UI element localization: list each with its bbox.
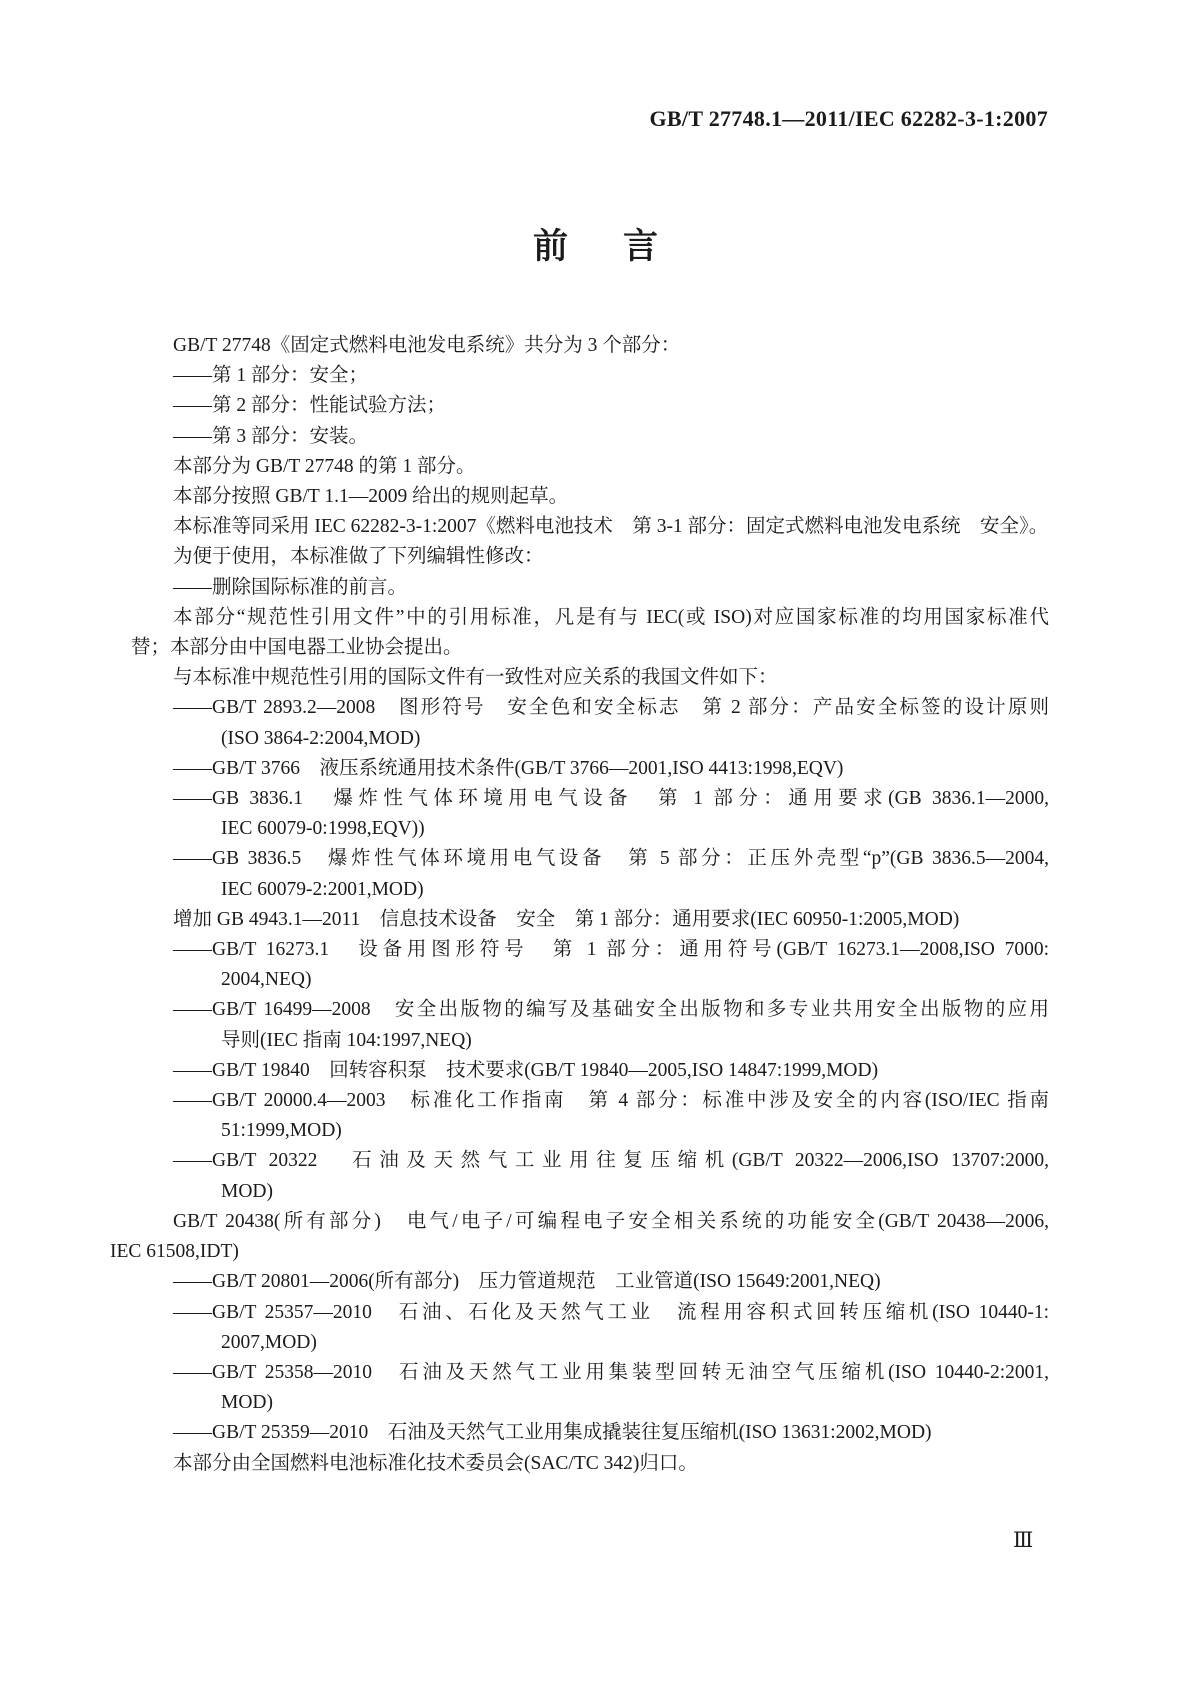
standard-code-header: GB/T 27748.1—2011/IEC 62282-3-1:2007 bbox=[650, 106, 1048, 132]
foreword-line: MOD) bbox=[131, 1177, 1049, 1207]
foreword-line: ——GB/T 16273.1 设备用图形符号 第 1 部分：通用符号(GB/T … bbox=[131, 935, 1049, 965]
foreword-line: ——GB/T 20801—2006(所有部分) 压力管道规范 工业管道(ISO … bbox=[131, 1267, 1049, 1297]
foreword-line: 2007,MOD) bbox=[131, 1328, 1049, 1358]
foreword-line: 为便于使用，本标准做了下列编辑性修改： bbox=[131, 542, 1049, 572]
foreword-line: ——GB/T 25357—2010 石油、石化及天然气工业 流程用容积式回转压缩… bbox=[131, 1298, 1049, 1328]
foreword-line: ——第 1 部分：安全； bbox=[131, 361, 1049, 391]
page-number: Ⅲ bbox=[1013, 1528, 1033, 1553]
foreword-line: 本标准等同采用 IEC 62282-3-1:2007《燃料电池技术 第 3-1 … bbox=[131, 512, 1049, 542]
foreword-line: ——GB/T 16499—2008 安全出版物的编写及基础安全出版物和多专业共用… bbox=[131, 995, 1049, 1025]
foreword-line: ——GB/T 3766 液压系统通用技术条件(GB/T 3766—2001,IS… bbox=[131, 754, 1049, 784]
foreword-line: GB/T 27748《固定式燃料电池发电系统》共分为 3 个部分： bbox=[131, 331, 1049, 361]
foreword-line: 本部分为 GB/T 27748 的第 1 部分。 bbox=[131, 452, 1049, 482]
foreword-line: ——GB/T 19840 回转容积泵 技术要求(GB/T 19840—2005,… bbox=[131, 1056, 1049, 1086]
foreword-line: 替；本部分由中国电器工业协会提出。 bbox=[131, 633, 1049, 663]
foreword-line: (ISO 3864-2:2004,MOD) bbox=[131, 724, 1049, 754]
foreword-line: 与本标准中规范性引用的国际文件有一致性对应关系的我国文件如下： bbox=[131, 663, 1049, 693]
foreword-line: IEC 60079-0:1998,EQV)) bbox=[131, 814, 1049, 844]
foreword-line: ——第 3 部分：安装。 bbox=[131, 422, 1049, 452]
foreword-line: ——GB/T 20000.4—2003 标准化工作指南 第 4 部分：标准中涉及… bbox=[131, 1086, 1049, 1116]
foreword-line: ——GB 3836.1 爆炸性气体环境用电气设备 第 1 部分：通用要求(GB … bbox=[131, 784, 1049, 814]
foreword-line: 导则(IEC 指南 104:1997,NEQ) bbox=[131, 1026, 1049, 1056]
foreword-line: 51:1999,MOD) bbox=[131, 1116, 1049, 1146]
foreword-line: MOD) bbox=[131, 1388, 1049, 1418]
foreword-line: 2004,NEQ) bbox=[131, 965, 1049, 995]
foreword-line: ——删除国际标准的前言。 bbox=[131, 573, 1049, 603]
foreword-line: ——第 2 部分：性能试验方法； bbox=[131, 391, 1049, 421]
foreword-line: ——GB 3836.5 爆炸性气体环境用电气设备 第 5 部分：正压外壳型“p”… bbox=[131, 844, 1049, 874]
page-title: 前 言 bbox=[0, 219, 1191, 269]
foreword-body: GB/T 27748《固定式燃料电池发电系统》共分为 3 个部分：——第 1 部… bbox=[131, 331, 1049, 1479]
foreword-line: IEC 60079-2:2001,MOD) bbox=[131, 875, 1049, 905]
foreword-line: 本部分“规范性引用文件”中的引用标准，凡是有与 IEC(或 ISO)对应国家标准… bbox=[131, 603, 1049, 633]
foreword-line: ——GB/T 2893.2—2008 图形符号 安全色和安全标志 第 2 部分：… bbox=[131, 693, 1049, 723]
foreword-line: 本部分按照 GB/T 1.1—2009 给出的规则起草。 bbox=[131, 482, 1049, 512]
foreword-line: IEC 61508,IDT) bbox=[131, 1237, 1049, 1267]
foreword-line: ——GB/T 25358—2010 石油及天然气工业用集装型回转无油空气压缩机(… bbox=[131, 1358, 1049, 1388]
foreword-line: ——GB/T 20322 石油及天然气工业用往复压缩机(GB/T 20322—2… bbox=[131, 1146, 1049, 1176]
document-page: GB/T 27748.1—2011/IEC 62282-3-1:2007 前 言… bbox=[0, 0, 1191, 1684]
foreword-line: 增加 GB 4943.1—2011 信息技术设备 安全 第 1 部分：通用要求(… bbox=[131, 905, 1049, 935]
foreword-line: 本部分由全国燃料电池标准化技术委员会(SAC/TC 342)归口。 bbox=[131, 1449, 1049, 1479]
foreword-line: GB/T 20438(所有部分) 电气/电子/可编程电子安全相关系统的功能安全(… bbox=[131, 1207, 1049, 1237]
foreword-line: ——GB/T 25359—2010 石油及天然气工业用集成撬装往复压缩机(ISO… bbox=[131, 1418, 1049, 1448]
